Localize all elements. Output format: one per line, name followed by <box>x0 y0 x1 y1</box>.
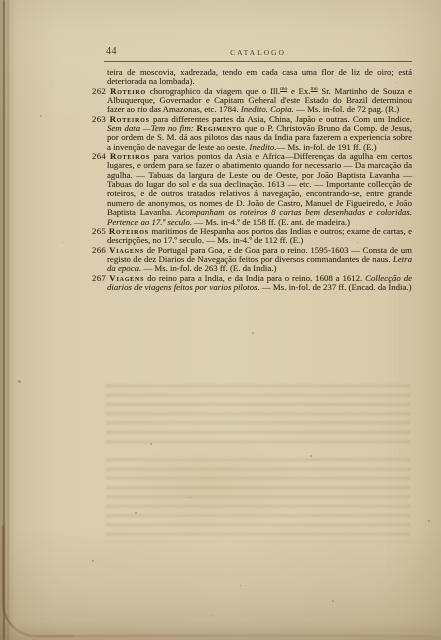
paper-speck <box>240 585 241 586</box>
verso-show-through-upper <box>106 384 410 448</box>
page-bottom-edge <box>36 634 441 637</box>
catalog-entry-262: 262 Roteiro chorographico da viagem que … <box>92 87 412 115</box>
entry-continuation: teira de moscovia, xadrezada, tendo em c… <box>92 68 412 87</box>
paper-stain <box>120 430 300 540</box>
paper-speck <box>18 380 21 383</box>
entry-text-segment: maritimos de Hespanha aos portos das Ind… <box>107 226 412 245</box>
entry-text-segment: — Ms. in-fol. de 237 ff. (Encad. da Indi… <box>260 282 412 292</box>
page-header: 44 CATALOGO <box>104 46 412 58</box>
book-page: 44 CATALOGO teira de moscovia, xadrezada… <box>0 0 441 640</box>
catalog-entry-265: 265 Roteiros maritimos de Hespanha aos p… <box>92 227 412 246</box>
entry-text-segment: de Portugal para Goa, e de Goa para o re… <box>107 245 412 264</box>
catalog-entry-263: 263 Roteiros para differentes partes da … <box>92 115 412 152</box>
paper-speck <box>190 497 191 498</box>
paper-speck <box>212 615 213 616</box>
page-edge-shadow <box>7 0 9 640</box>
paper-speck <box>92 560 94 562</box>
paper-speck <box>310 455 312 457</box>
verso-show-through-lower <box>106 458 410 542</box>
entry-text-segment: mo <box>311 86 318 92</box>
paper-speck <box>150 443 152 445</box>
paper-speck <box>252 332 254 334</box>
catalog-entry-264: 264 Roteiros para varios pontos da Asia … <box>92 152 412 227</box>
catalog-entries: teira de moscovia, xadrezada, tendo em c… <box>92 68 412 292</box>
page-edge-line <box>3 0 5 640</box>
paper-speck <box>332 600 334 602</box>
paper-speck <box>62 242 63 243</box>
catalog-entry-267: 267 Viagens do reino para a India, e da … <box>92 274 412 293</box>
header-rule <box>104 61 412 62</box>
catalog-entry-266: 266 Viagens de Portugal para Goa, e de G… <box>92 246 412 274</box>
header-title: CATALOGO <box>104 48 412 57</box>
page-corner-curl <box>2 525 74 637</box>
paper-speck <box>428 520 430 522</box>
paper-speck <box>135 512 137 514</box>
paper-speck <box>40 115 42 117</box>
